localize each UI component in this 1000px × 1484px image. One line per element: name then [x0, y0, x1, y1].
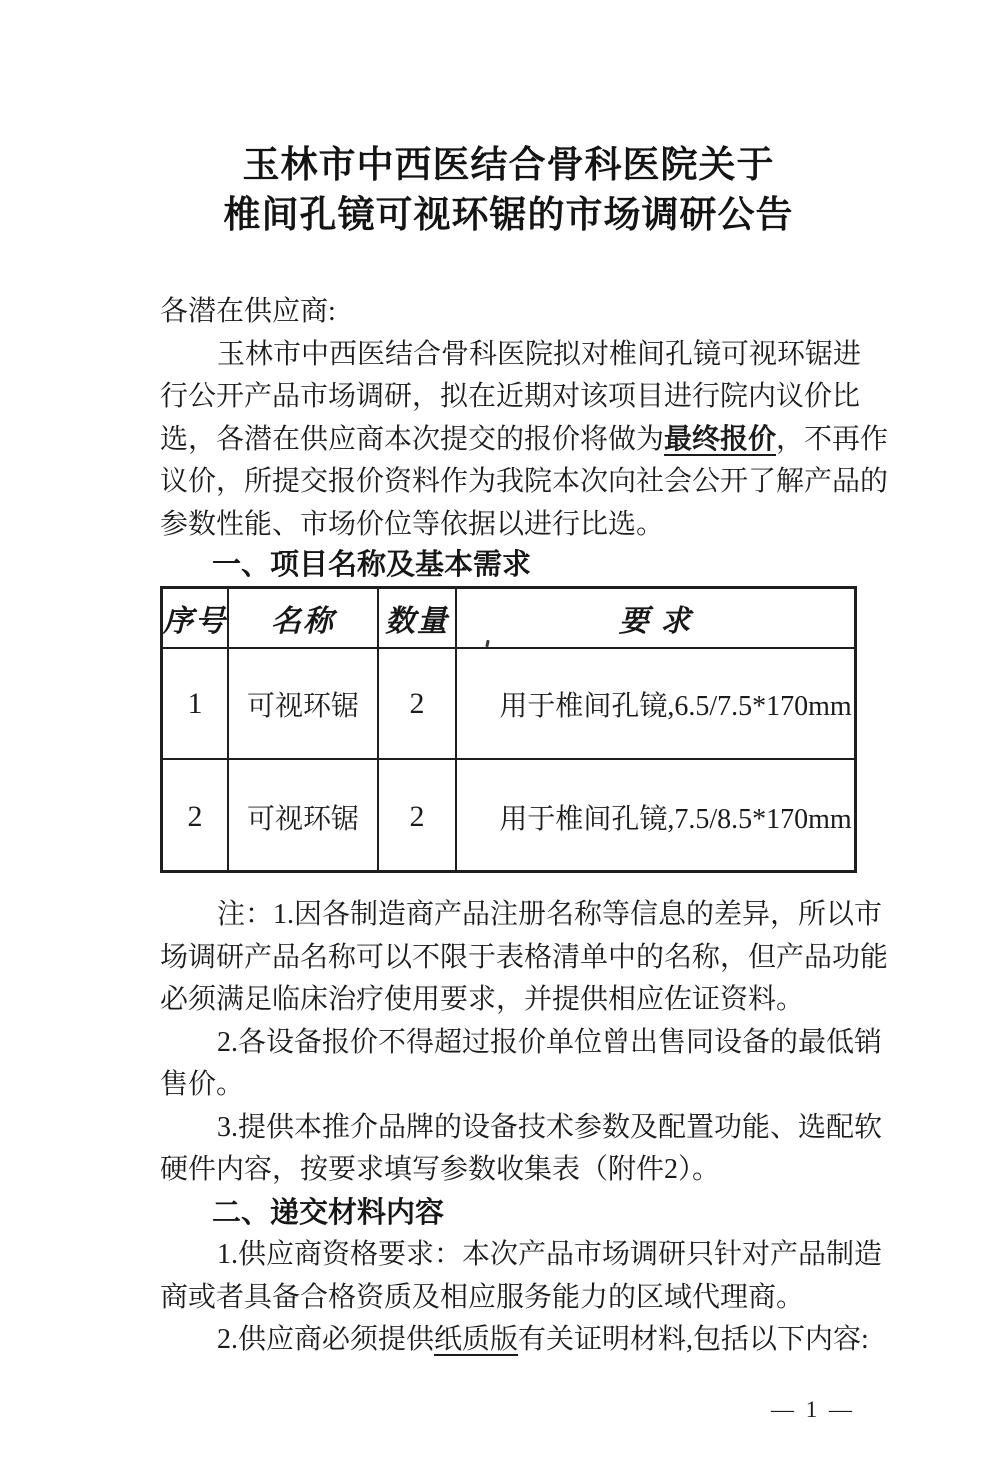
- intro-line-2: 行公开产品市场调研，拟在近期对该项目进行院内议价比: [160, 376, 857, 419]
- salutation: 各潜在供应商:: [160, 291, 857, 334]
- table-row-1-name: 可视环锯: [229, 649, 379, 760]
- intro-line-3-post: ，不再作: [776, 424, 888, 455]
- page-number: — 1 —: [160, 1395, 857, 1425]
- title-line-1: 玉林市中西医结合骨科医院关于: [160, 141, 857, 191]
- table-header-no: 序号: [163, 589, 229, 649]
- table-row-2-no: 2: [163, 760, 229, 873]
- document-title: 玉林市中西医结合骨科医院关于 椎间孔镜可视环锯的市场调研公告: [160, 141, 857, 241]
- intro-line-4: 议价，所提交报价资料作为我院本次向社会公开了解产品的: [160, 461, 857, 504]
- table-row-2-req: 用于椎间孔镜,7.5/8.5*170mm: [457, 760, 854, 873]
- requirements-table: 序号 名称 数量 要 求 1 可视环锯 2 用于椎间孔镜,6.5/7.5*170…: [160, 586, 857, 873]
- section-2-heading: 二、递交材料内容: [160, 1192, 857, 1235]
- final-quote-emphasis: 最终报价: [664, 424, 776, 455]
- note-3-line-1: 3.提供本推介品牌的设备技术参数及配置功能、选配软: [160, 1107, 857, 1150]
- table-header-name: 名称: [229, 589, 379, 649]
- table-row-1-req: 用于椎间孔镜,6.5/7.5*170mm: [457, 649, 854, 760]
- intro-line-3: 选，各潜在供应商本次提交的报价将做为最终报价，不再作: [160, 419, 857, 462]
- title-line-2: 椎间孔镜可视环锯的市场调研公告: [160, 191, 857, 241]
- para-2-pre: 2.供应商必须提供: [217, 1324, 434, 1355]
- table-row-2-qty: 2: [379, 760, 457, 873]
- table-header-req: 要 求: [457, 589, 854, 649]
- paper-version-underline: 纸质版: [434, 1324, 518, 1355]
- document-content: 玉林市中西医结合骨科医院关于 椎间孔镜可视环锯的市场调研公告 各潜在供应商: 玉…: [160, 0, 857, 1425]
- note-1-line-3: 必须满足临床治疗使用要求，并提供相应佐证资料。: [160, 979, 857, 1022]
- table-header-qty: 数量: [379, 589, 457, 649]
- section-1-heading: 一、项目名称及基本需求: [160, 546, 857, 586]
- note-2-line-2: 售价。: [160, 1064, 857, 1107]
- para-2-post: 有关证明材料,包括以下内容:: [518, 1324, 869, 1355]
- note-1-line-2: 场调研产品名称可以不限于表格清单中的名称，但产品功能: [160, 937, 857, 980]
- table-row-1-qty: 2: [379, 649, 457, 760]
- announcement-page: 玉林市中西医结合骨科医院关于 椎间孔镜可视环锯的市场调研公告 各潜在供应商: 玉…: [0, 0, 1000, 1484]
- note-1-line-1: 注：1.因各制造商产品注册名称等信息的差异，所以市: [160, 894, 857, 937]
- note-2-line-1: 2.各设备报价不得超过报价单位曾出售同设备的最低销: [160, 1022, 857, 1065]
- table-row-2-name: 可视环锯: [229, 760, 379, 873]
- section-2-para-2-line: 2.供应商必须提供纸质版有关证明材料,包括以下内容:: [160, 1319, 857, 1362]
- notes-block: 注：1.因各制造商产品注册名称等信息的差异，所以市 场调研产品名称可以不限于表格…: [160, 894, 857, 1192]
- table-row-1-no: 1: [163, 649, 229, 760]
- intro-line-1: 玉林市中西医结合骨科医院拟对椎间孔镜可视环锯进: [160, 334, 857, 377]
- section-2-para-1-line-1: 1.供应商资格要求：本次产品市场调研只针对产品制造: [160, 1234, 857, 1277]
- intro-line-3-pre: 选，各潜在供应商本次提交的报价将做为: [160, 424, 664, 455]
- note-3-line-2: 硬件内容，按要求填写参数收集表（附件2）。: [160, 1149, 857, 1192]
- section-2-para-1-line-2: 商或者具备合格资质及相应服务能力的区域代理商。: [160, 1277, 857, 1320]
- intro-line-5: 参数性能、市场价位等依据以进行比选。: [160, 504, 857, 547]
